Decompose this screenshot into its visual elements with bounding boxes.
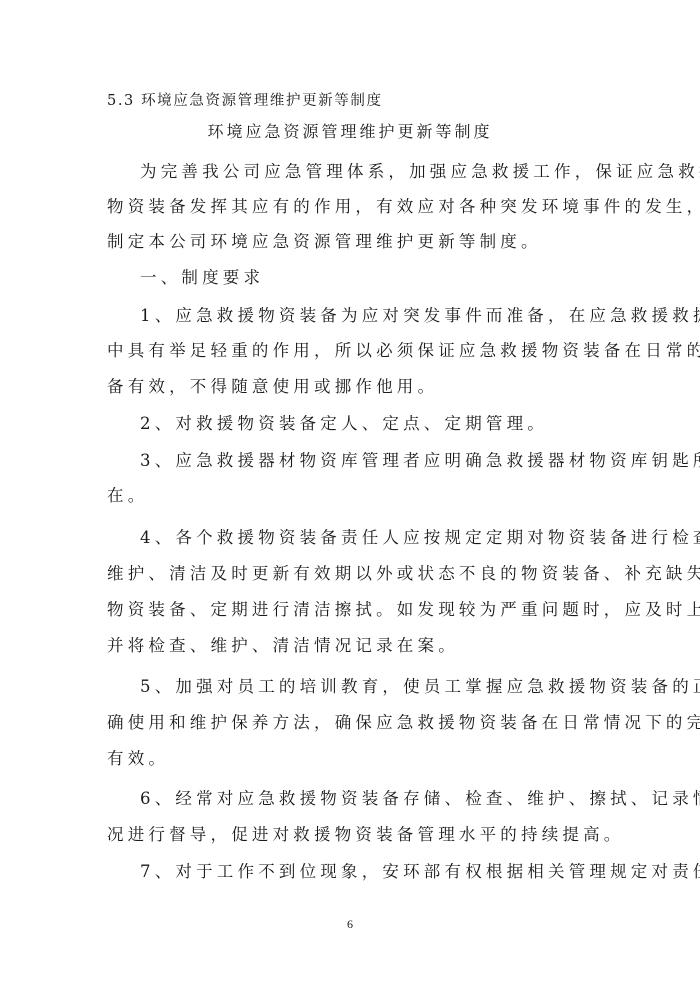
item-line: 并将检查、维护、清洁情况记录在案。 <box>107 635 597 657</box>
section-heading: 5.3 环境应急资源管理维护更新等制度 <box>107 91 383 111</box>
intro-line: 物资装备发挥其应有的作用，有效应对各种突发环境事件的发生，特 <box>107 196 597 218</box>
item-line: 7、对于工作不到位现象，安环部有权根据相关管理规定对责任 <box>140 861 630 883</box>
item-line: 况进行督导，促进对救援物资装备管理水平的持续提高。 <box>107 824 597 846</box>
item-line: 2、对救援物资装备定人、定点、定期管理。 <box>140 413 630 435</box>
item-line: 6、经常对应急救援物资装备存储、检查、维护、擦拭、记录情 <box>140 788 630 810</box>
item-line: 中具有举足轻重的作用，所以必须保证应急救援物资装备在日常的完 <box>107 340 597 362</box>
item-line: 在。 <box>107 485 597 507</box>
item-line: 备有效，不得随意使用或挪作他用。 <box>107 376 597 398</box>
item-line: 物资装备、定期进行清洁擦拭。如发现较为严重问题时，应及时上报， <box>107 599 597 621</box>
intro-line: 制定本公司环境应急资源管理维护更新等制度。 <box>107 231 597 253</box>
item-line: 维护、清洁及时更新有效期以外或状态不良的物资装备、补充缺失的 <box>107 563 597 585</box>
item-line: 确使用和维护保养方法，确保应急救援物资装备在日常情况下的完备 <box>107 712 597 734</box>
subsection-heading: 一、制度要求 <box>140 267 630 289</box>
item-line: 3、应急救援器材物资库管理者应明确急救援器材物资库钥匙所 <box>140 450 630 472</box>
item-line: 5、加强对员工的培训教育，使员工掌握应急救援物资装备的正 <box>140 676 630 698</box>
page-number: 6 <box>0 916 700 932</box>
item-line: 有效。 <box>107 748 597 770</box>
intro-line: 为完善我公司应急管理体系，加强应急救援工作，保证应急救援 <box>140 161 630 183</box>
document-title: 环境应急资源管理维护更新等制度 <box>0 121 700 143</box>
item-line: 1、应急救援物资装备为应对突发事件而准备，在应急救援救护 <box>140 305 630 327</box>
item-line: 4、各个救援物资装备责任人应按规定定期对物资装备进行检查、 <box>140 527 630 549</box>
document-page: 5.3 环境应急资源管理维护更新等制度 环境应急资源管理维护更新等制度 为完善我… <box>0 0 700 990</box>
